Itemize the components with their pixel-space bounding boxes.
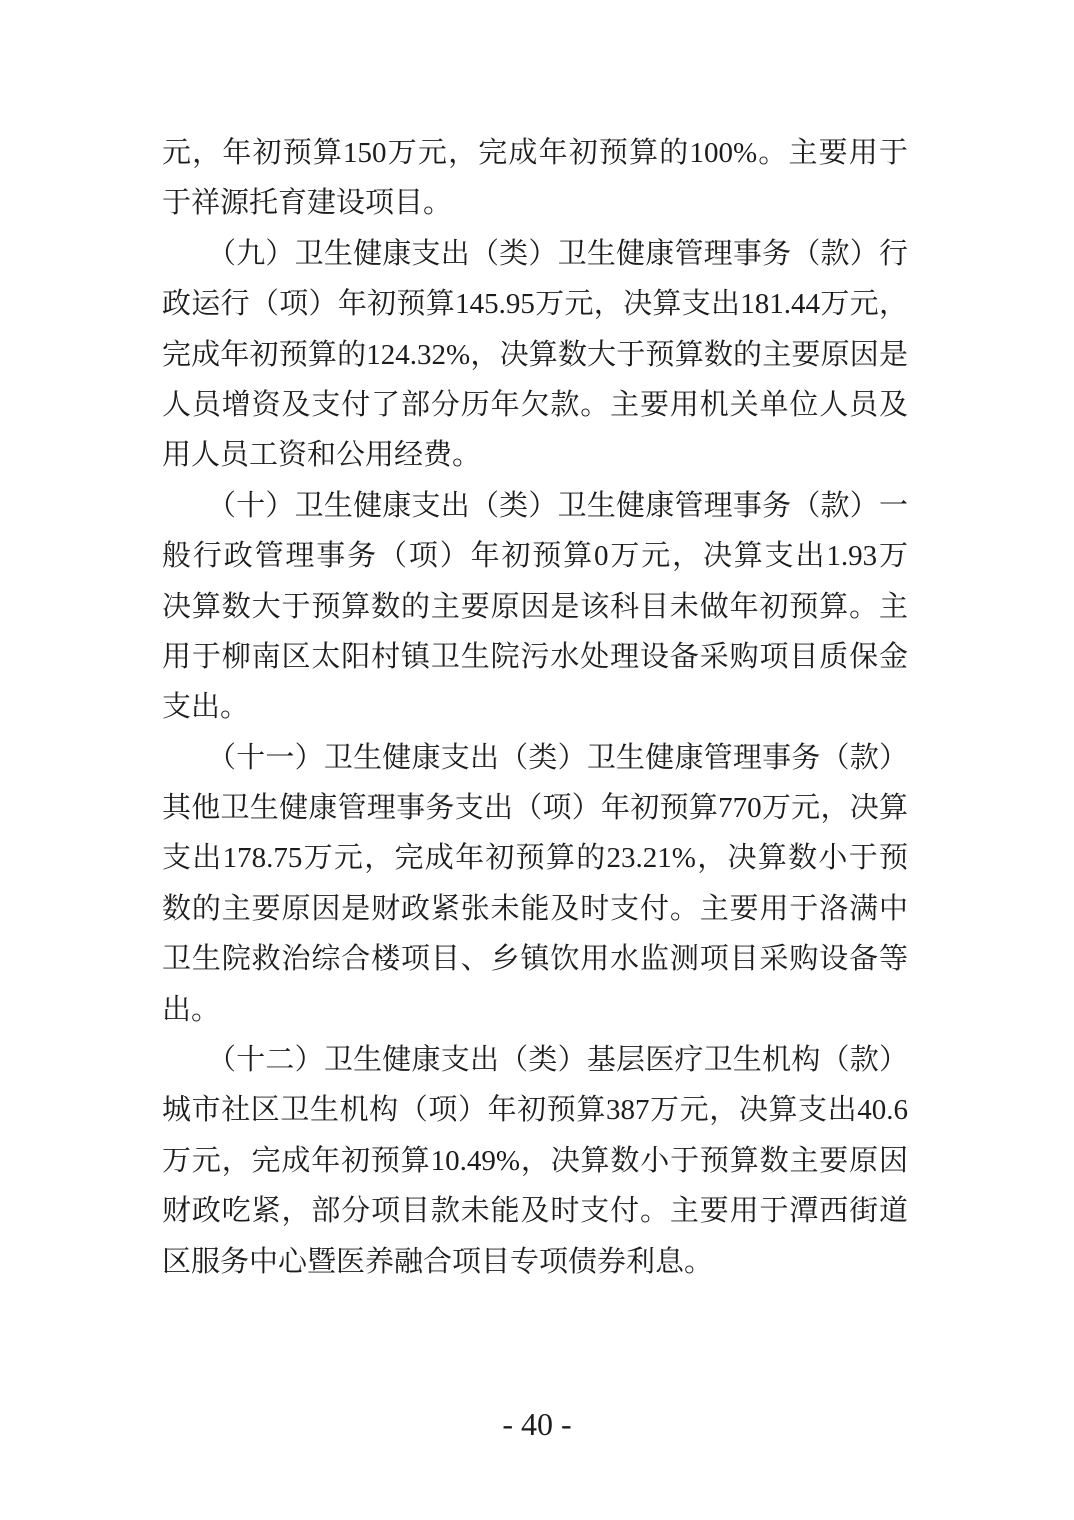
text-line: 完成年初预算的124.32%，决算数大于预算数的主要原因是 (162, 330, 908, 380)
text-line: 万元，完成年初预算10.49%，决算数小于预算数主要原因是 (162, 1136, 908, 1186)
document-page: 元，年初预算150万元，完成年初预算的100%。主要用于用于祥源托育建设项目。（… (0, 0, 1074, 1520)
text-line: 数的主要原因是财政紧张未能及时支付。主要用于洛满中心 (162, 884, 908, 934)
text-line: 财政吃紧，部分项目款未能及时支付。主要用于潭西街道社 (162, 1186, 908, 1236)
text-line: 出。 (162, 985, 908, 1035)
text-line: 区服务中心暨医养融合项目专项债券利息。 (162, 1237, 908, 1287)
text-line: 般行政管理事务（项）年初预算0万元，决算支出1.93万元， (162, 531, 908, 581)
paragraph: （十）卫生健康支出（类）卫生健康管理事务（款）一般行政管理事务（项）年初预算0万… (162, 481, 908, 733)
text-line: （十一）卫生健康支出（类）卫生健康管理事务（款） (162, 733, 908, 783)
paragraph: 元，年初预算150万元，完成年初预算的100%。主要用于用于祥源托育建设项目。 (162, 128, 908, 229)
paragraph: （十一）卫生健康支出（类）卫生健康管理事务（款）其他卫生健康管理事务支出（项）年… (162, 733, 908, 1035)
page-number: - 40 - (0, 1402, 1074, 1446)
text-line: 决算数大于预算数的主要原因是该科目未做年初预算。主要 (162, 582, 908, 632)
text-line: 元，年初预算150万元，完成年初预算的100%。主要用于用 (162, 128, 908, 178)
text-line: 人员增资及支付了部分历年欠款。主要用机关单位人员及聘 (162, 380, 908, 430)
text-line: 卫生院救治综合楼项目、乡镇饮用水监测项目采购设备等支 (162, 934, 908, 984)
text-line: 政运行（项）年初预算145.95万元，决算支出181.44万元， (162, 279, 908, 329)
text-line: （十二）卫生健康支出（类）基层医疗卫生机构（款） (162, 1035, 908, 1085)
text-line: 其他卫生健康管理事务支出（项）年初预算770万元，决算 (162, 783, 908, 833)
text-line: （十）卫生健康支出（类）卫生健康管理事务（款）一 (162, 481, 908, 531)
text-line: 用人员工资和公用经费。 (162, 430, 908, 480)
text-line: 用于柳南区太阳村镇卫生院污水处理设备采购项目质保金 (162, 632, 908, 682)
text-line: 于祥源托育建设项目。 (162, 178, 908, 228)
text-line: 城市社区卫生机构（项）年初预算387万元，决算支出40.6 (162, 1085, 908, 1135)
paragraph: （十二）卫生健康支出（类）基层医疗卫生机构（款）城市社区卫生机构（项）年初预算3… (162, 1035, 908, 1287)
text-line: （九）卫生健康支出（类）卫生健康管理事务（款）行 (162, 229, 908, 279)
paragraph: （九）卫生健康支出（类）卫生健康管理事务（款）行政运行（项）年初预算145.95… (162, 229, 908, 481)
text-line: 支出。 (162, 682, 908, 732)
text-line: 支出178.75万元，完成年初预算的23.21%，决算数小于预算 (162, 833, 908, 883)
document-body: 元，年初预算150万元，完成年初预算的100%。主要用于用于祥源托育建设项目。（… (162, 128, 908, 1287)
